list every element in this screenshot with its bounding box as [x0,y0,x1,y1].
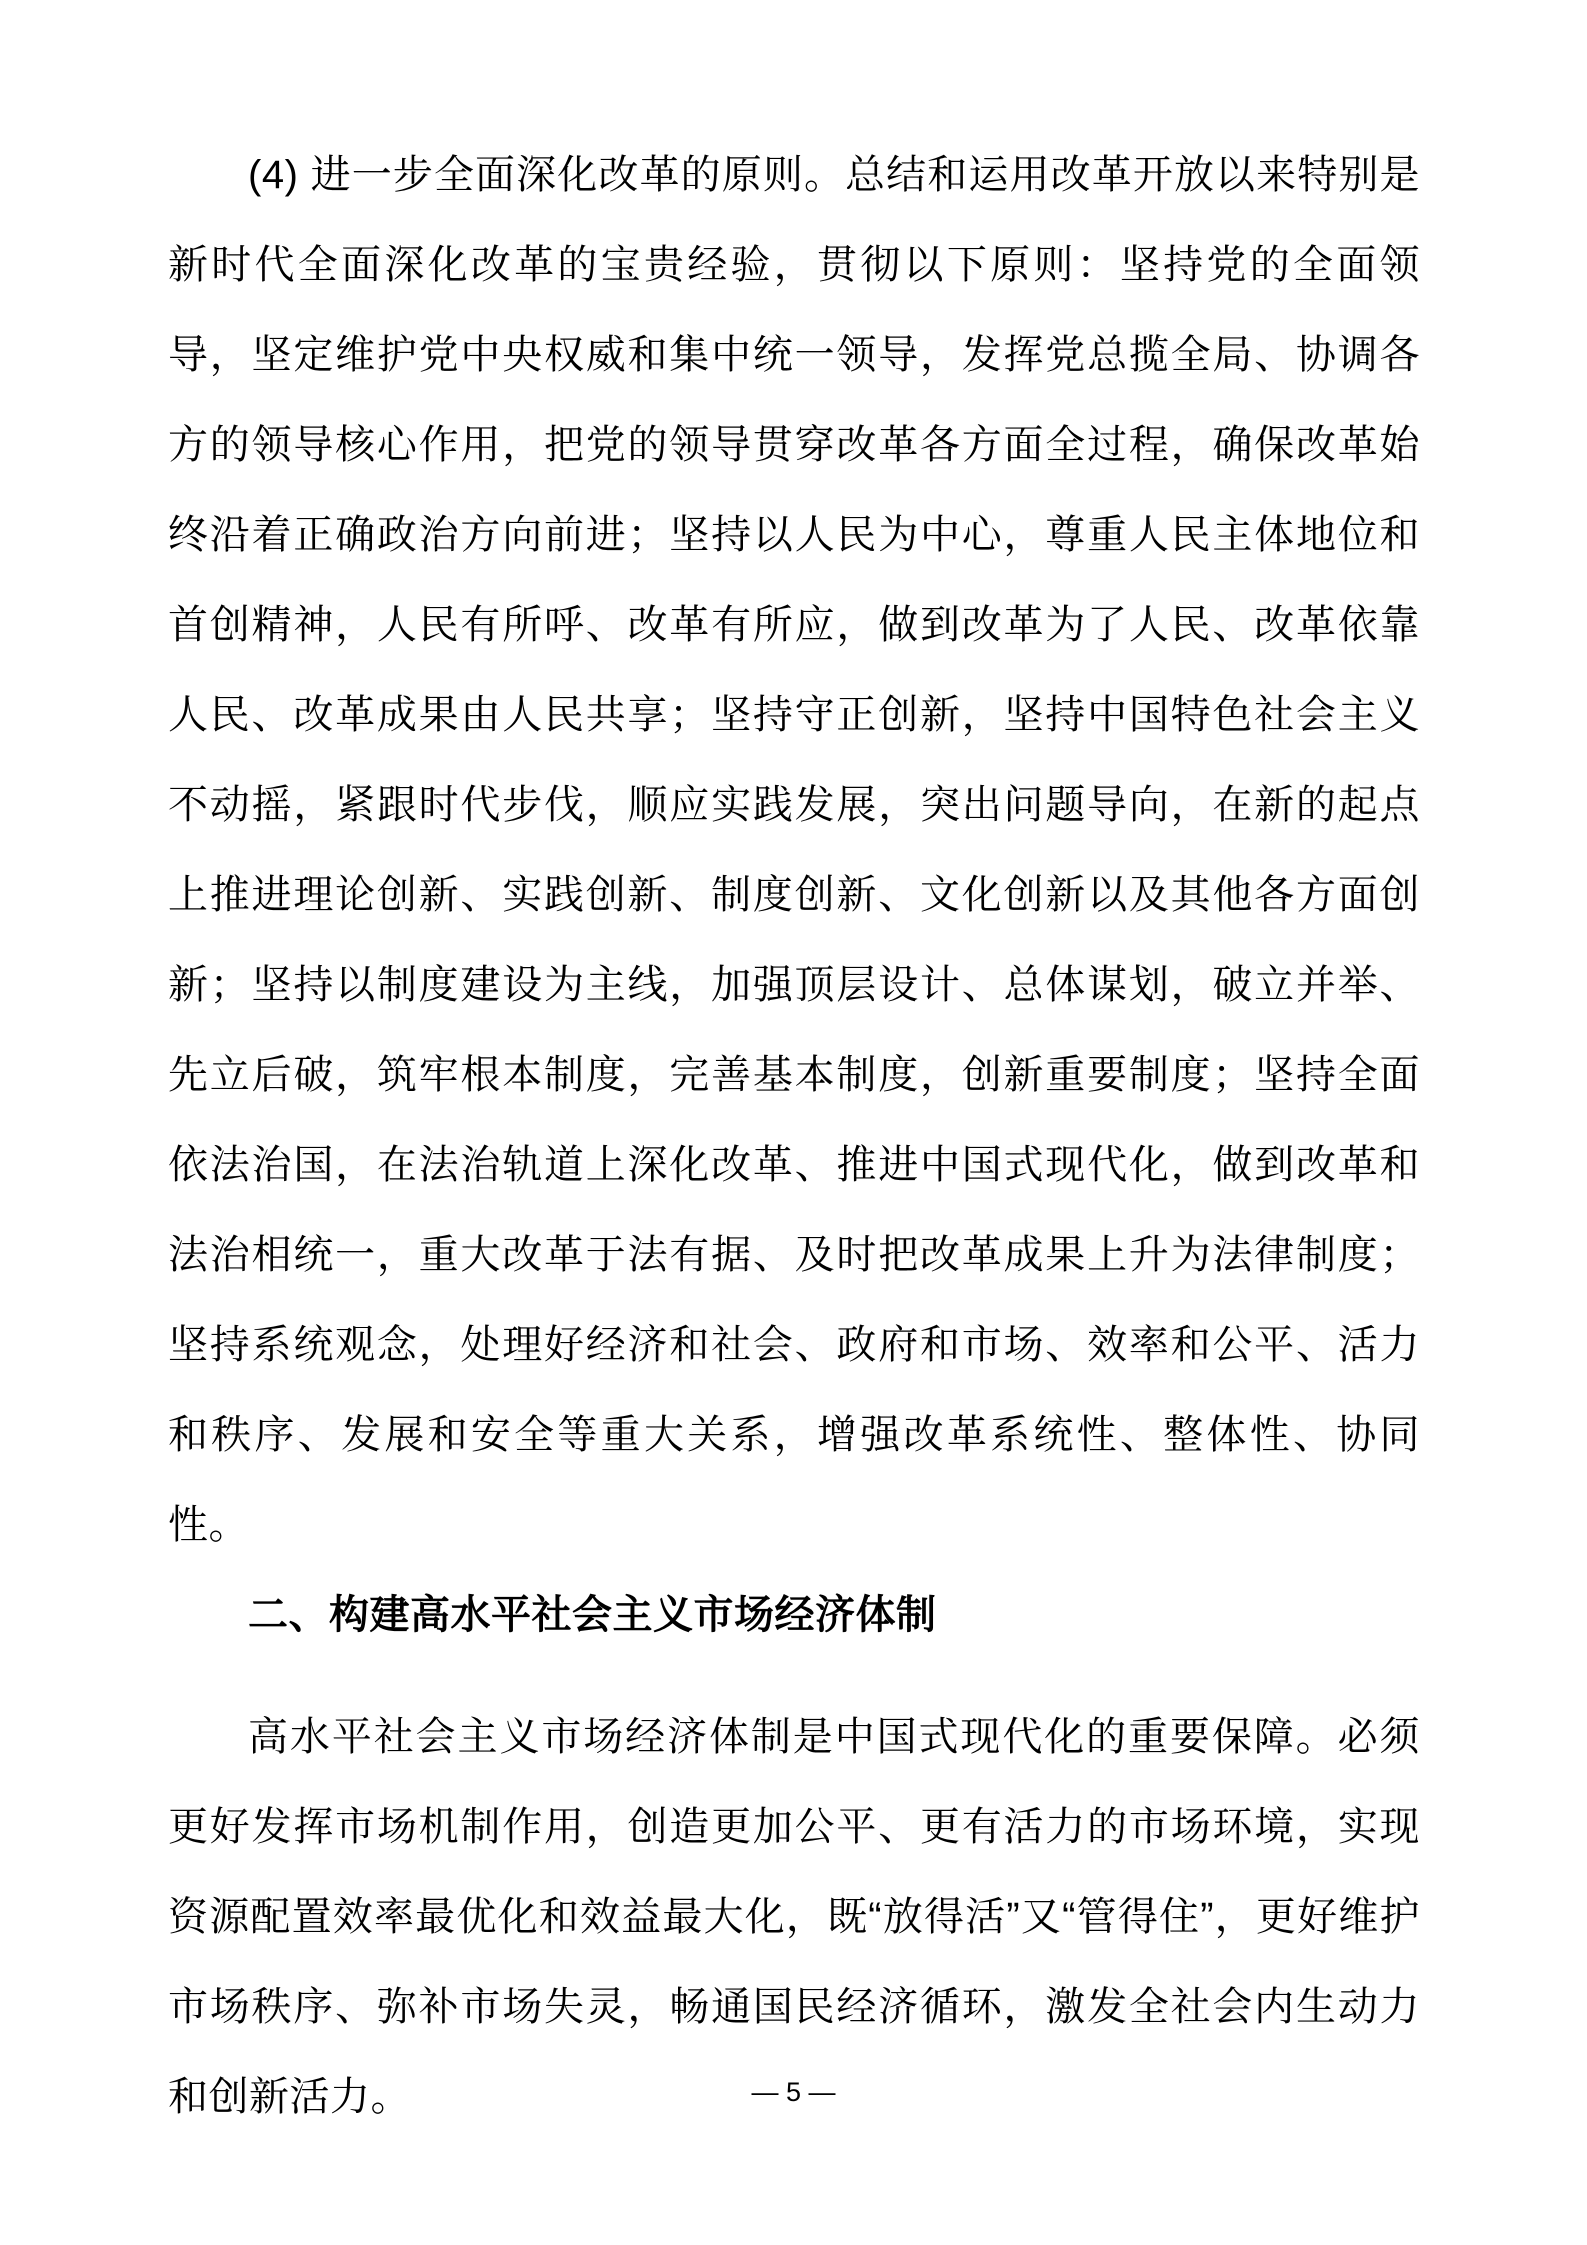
paragraph-reform-principles: (4) 进一步全面深化改革的原则。总结和运用改革开放以来特别是新时代全面深化改革… [168,130,1420,1570]
document-page: (4) 进一步全面深化改革的原则。总结和运用改革开放以来特别是新时代全面深化改革… [0,0,1587,2245]
page-number: — 5 — [0,2072,1587,2112]
section-heading-market-economy: 二、构建高水平社会主义市场经济体制 [168,1570,1420,1660]
document-content: (4) 进一步全面深化改革的原则。总结和运用改革开放以来特别是新时代全面深化改革… [168,130,1420,2142]
